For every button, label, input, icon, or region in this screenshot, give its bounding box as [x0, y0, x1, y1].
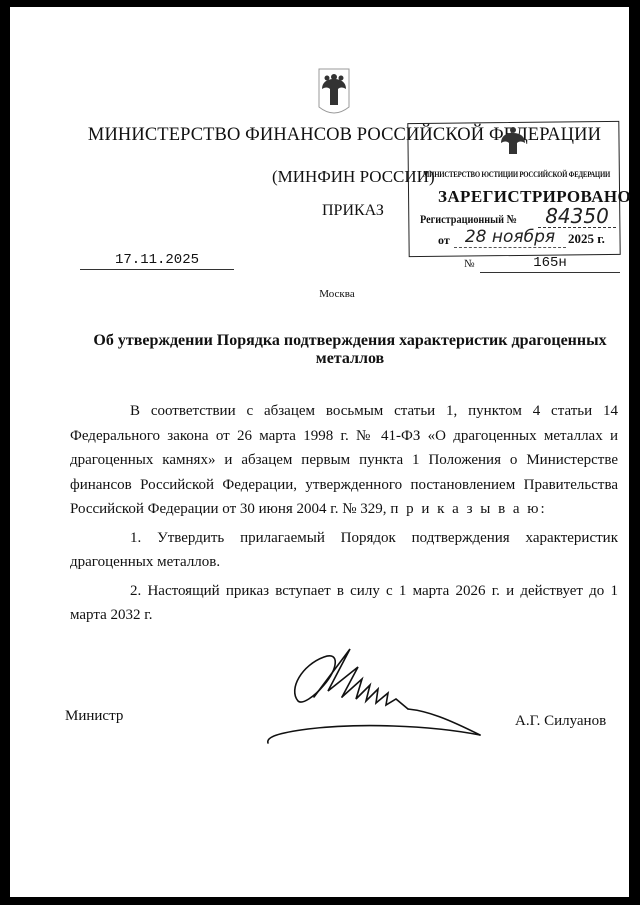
- stamp-organization: МИНИСТЕРСТВО ЮСТИЦИИ РОССИЙСКОЙ ФЕДЕРАЦИ…: [423, 169, 615, 179]
- coat-of-arms-icon: [317, 67, 351, 119]
- stamp-emblem-icon: [495, 124, 531, 160]
- document-title: Об утверждении Порядка подтверждения хар…: [80, 332, 620, 368]
- order-item-1: 1. Утвердить прилагаемый Порядок подтвер…: [70, 526, 618, 575]
- stamp-reg-label: Регистрационный №: [420, 212, 517, 227]
- order-number-label: №: [464, 258, 475, 270]
- preamble-text: В соответствии с абзацем восьмым статьи …: [70, 403, 618, 517]
- document-page: МИНИСТЕРСТВО ФИНАНСОВ РОССИЙСКОЙ ФЕДЕРАЦ…: [10, 7, 629, 897]
- city: Москва: [10, 288, 629, 300]
- order-item-2: 2. Настоящий приказ вступает в силу с 1 …: [70, 579, 618, 628]
- order-number: 165н: [480, 255, 620, 273]
- document-type: ПРИКАЗ: [322, 202, 384, 220]
- order-word: п р и к а з ы в а ю:: [390, 501, 546, 517]
- document-body: В соответствии с абзацем восьмым статьи …: [70, 399, 618, 628]
- stamp-reg-date: 28 ноября: [454, 227, 566, 248]
- stamp-from-label: от: [438, 233, 450, 248]
- stamp-reg-year: 2025 г.: [568, 231, 605, 247]
- order-date: 17.11.2025: [80, 252, 234, 270]
- handwritten-signature: [258, 645, 488, 745]
- signatory-name: А.Г. Силуанов: [515, 713, 606, 730]
- stamp-reg-number: 84350: [538, 205, 616, 228]
- preamble-paragraph: В соответствии с абзацем восьмым статьи …: [70, 399, 618, 522]
- signatory-position: Министр: [65, 708, 123, 725]
